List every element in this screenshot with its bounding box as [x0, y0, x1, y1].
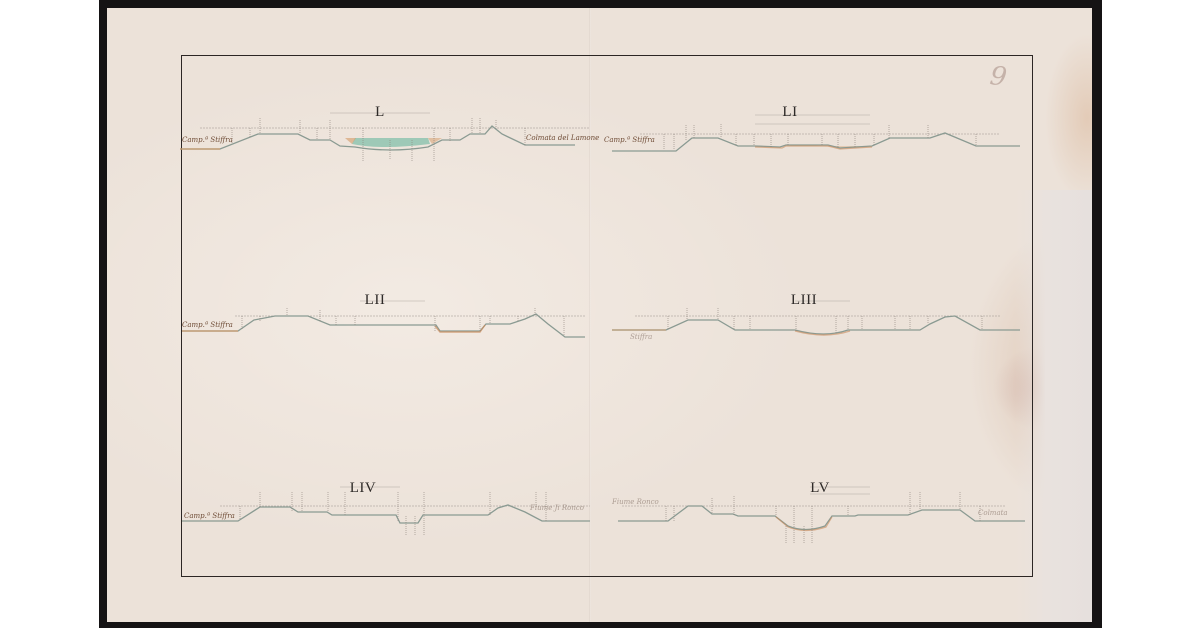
- profile-LIII: LIII Stiffra: [600, 290, 1030, 360]
- profile-title: LIV: [333, 480, 393, 497]
- profile-LV: LV Fiume Ronco Colmata: [600, 478, 1030, 558]
- profile-right-label: Colmata del Lamone: [526, 134, 599, 142]
- profile-title: LI: [760, 104, 820, 121]
- profile-right-label: Colmata: [978, 509, 1008, 517]
- profile-right-label: Fiume Ji Ronco: [530, 504, 584, 512]
- profile-LIV: LIV Camp.ª Stiffra Fiume Ji Ronco: [180, 478, 590, 558]
- profile-left-label: Camp.ª Stiffra: [182, 136, 233, 144]
- profile-left-label: Camp.ª Stiffra: [184, 512, 235, 520]
- profile-left-label: Camp.ª Stiffra: [604, 136, 655, 144]
- profile-left-label: Fiume Ronco: [612, 498, 659, 506]
- profile-LII: LII Camp.ª Stiffra: [180, 290, 590, 360]
- profile-L: L Camp.ª Stiffra Colmata del Lamone: [180, 100, 590, 170]
- profile-title: LIII: [774, 292, 834, 309]
- profile-title: L: [350, 104, 410, 121]
- profile-title: LII: [345, 292, 405, 309]
- profile-title: LV: [790, 480, 850, 497]
- profile-left-label: Stiffra: [630, 333, 652, 341]
- profile-left-label: Camp.ª Stiffra: [182, 321, 233, 329]
- profile-LI: LI Camp.ª Stiffra: [600, 100, 1030, 170]
